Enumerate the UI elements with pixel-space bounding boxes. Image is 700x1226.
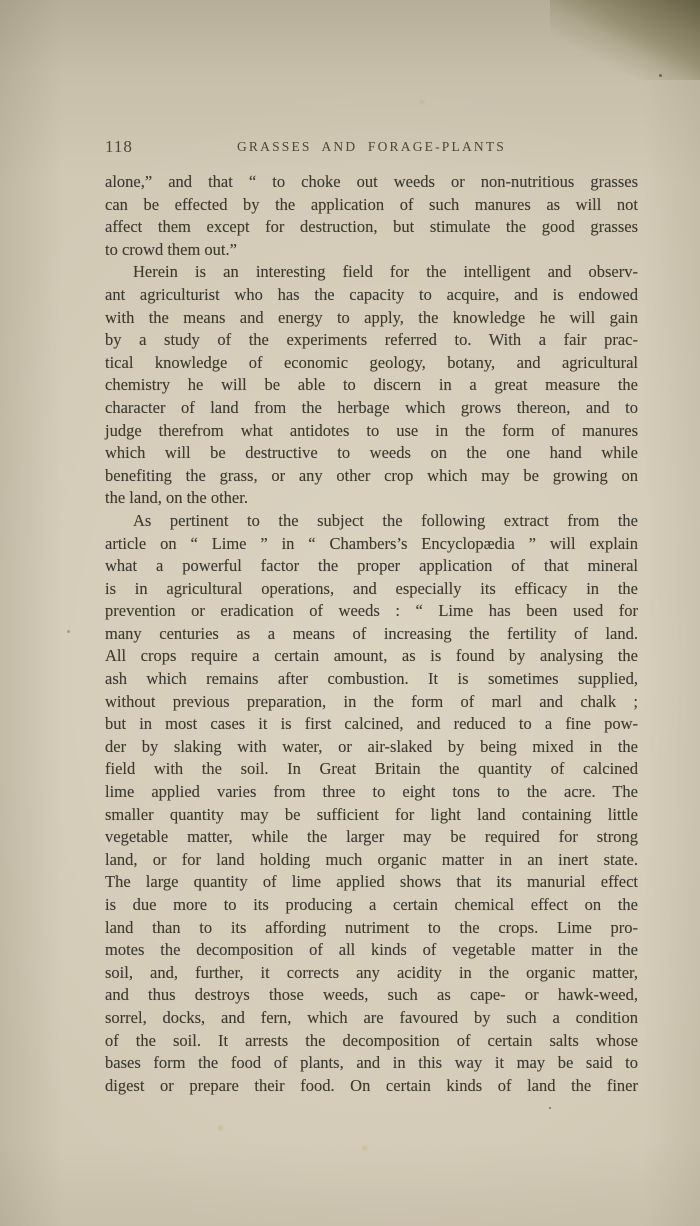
text-line: alone,” and that “ to choke out weeds or… xyxy=(105,171,638,194)
paper-speck xyxy=(67,630,70,633)
book-page: 118 GRASSES AND FORAGE-PLANTS alone,” an… xyxy=(0,0,700,1226)
text-line: can be effected by the application of su… xyxy=(105,194,638,217)
text-line: lime applied varies from three to eight … xyxy=(105,781,638,804)
page-header: 118 GRASSES AND FORAGE-PLANTS xyxy=(105,137,638,157)
paper-speck xyxy=(549,1107,551,1109)
paragraph: Herein is an interesting field for the i… xyxy=(105,261,638,510)
text-line: land than to its affording nutriment to … xyxy=(105,917,638,940)
text-line: without previous preparation, in the for… xyxy=(105,691,638,714)
text-line: which will be destructive to weeds on th… xyxy=(105,442,638,465)
text-line: ant agriculturist who has the capacity t… xyxy=(105,284,638,307)
text-line: As pertinent to the subject the followin… xyxy=(105,510,638,533)
text-line: bases form the food of plants, and in th… xyxy=(105,1052,638,1075)
text-line: is due more to its producing a certain c… xyxy=(105,894,638,917)
text-line: judge therefrom what antidotes to use in… xyxy=(105,420,638,443)
page-number: 118 xyxy=(105,137,133,157)
paper-speck xyxy=(659,74,662,77)
text-line: affect them except for destruction, but … xyxy=(105,216,638,239)
text-line: prevention or eradication of weeds : “ L… xyxy=(105,600,638,623)
text-line: All crops require a certain amount, as i… xyxy=(105,645,638,668)
foxing-spot xyxy=(362,1146,367,1150)
text-line: to crowd them out.” xyxy=(105,239,638,262)
text-line: soil, and, further, it corrects any acid… xyxy=(105,962,638,985)
text-line: article on “ Lime ” in “ Chambers’s Ency… xyxy=(105,533,638,556)
text-line: land, or for land holding much organic m… xyxy=(105,849,638,872)
paragraph: alone,” and that “ to choke out weeds or… xyxy=(105,171,638,261)
text-line: field with the soil. In Great Britain th… xyxy=(105,758,638,781)
text-line: digest or prepare their food. On certain… xyxy=(105,1075,638,1098)
text-line: ash which remains after combustion. It i… xyxy=(105,668,638,691)
text-line: smaller quantity may be sufficient for l… xyxy=(105,804,638,827)
foxing-spot xyxy=(420,100,424,104)
paragraph: As pertinent to the subject the followin… xyxy=(105,510,638,1097)
page-corner-shadow xyxy=(550,0,700,80)
foxing-spot xyxy=(218,1126,223,1130)
text-line: of the soil. It arrests the decompositio… xyxy=(105,1030,638,1053)
text-line: by a study of the experiments referred t… xyxy=(105,329,638,352)
text-line: the land, on the other. xyxy=(105,487,638,510)
text-line: sorrel, docks, and fern, which are favou… xyxy=(105,1007,638,1030)
text-line: Herein is an interesting field for the i… xyxy=(105,261,638,284)
text-line: with the means and energy to apply, the … xyxy=(105,307,638,330)
text-line: what a powerful factor the proper applic… xyxy=(105,555,638,578)
text-line: der by slaking with water, or air-slaked… xyxy=(105,736,638,759)
text-line: and thus destroys those weeds, such as c… xyxy=(105,984,638,1007)
text-block: alone,” and that “ to choke out weeds or… xyxy=(105,171,638,1097)
text-line: The large quantity of lime applied shows… xyxy=(105,871,638,894)
text-line: character of land from the herbage which… xyxy=(105,397,638,420)
text-line: chemistry he will be able to discern in … xyxy=(105,374,638,397)
text-line: benefiting the grass, or any other crop … xyxy=(105,465,638,488)
text-line: is in agricultural operations, and espec… xyxy=(105,578,638,601)
text-line: tical knowledge of economic geology, bot… xyxy=(105,352,638,375)
text-line: motes the decomposition of all kinds of … xyxy=(105,939,638,962)
text-line: vegetable matter, while the larger may b… xyxy=(105,826,638,849)
text-line: many centuries as a means of increasing … xyxy=(105,623,638,646)
running-title: GRASSES AND FORAGE-PLANTS xyxy=(105,137,638,155)
text-line: but in most cases it is first calcined, … xyxy=(105,713,638,736)
